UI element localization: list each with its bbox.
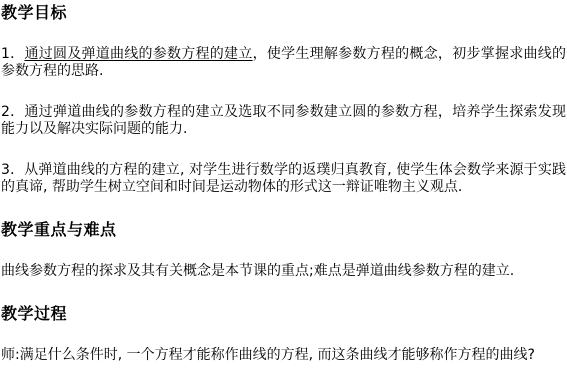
objective-2: 2．通过弹道曲线的参数方程的建立及选取不同参数建立圆的参数方程，培养学生探索发现…	[1, 104, 566, 138]
teacher-question-text: 师:满足什么条件时, 一个方程才能称作曲线的方程, 而这条曲线才能够称作方程的曲…	[1, 347, 566, 364]
heading-teaching-process: 教学过程	[1, 304, 566, 323]
objective-1-underlined-text: 通过圆及弹道曲线的参数方程的建立	[24, 46, 252, 62]
heading-teaching-objectives: 教学目标	[1, 3, 566, 22]
key-points-text: 曲线参数方程的探求及其有关概念是本节课的重点;难点是弹道曲线参数方程的建立.	[1, 263, 566, 280]
heading-key-and-difficult-points: 教学重点与难点	[1, 220, 566, 239]
lesson-plan-document: 教学目标 1．通过圆及弹道曲线的参数方程的建立，使学生理解参数方程的概念，初步掌…	[0, 0, 567, 364]
objective-1: 1．通过圆及弹道曲线的参数方程的建立，使学生理解参数方程的概念，初步掌握求曲线的…	[1, 46, 566, 80]
objective-1-number: 1．	[1, 46, 24, 62]
objective-3: 3．从弹道曲线的方程的建立, 对学生进行数学的返璞归真教育, 使学生体会数学来源…	[1, 162, 566, 196]
